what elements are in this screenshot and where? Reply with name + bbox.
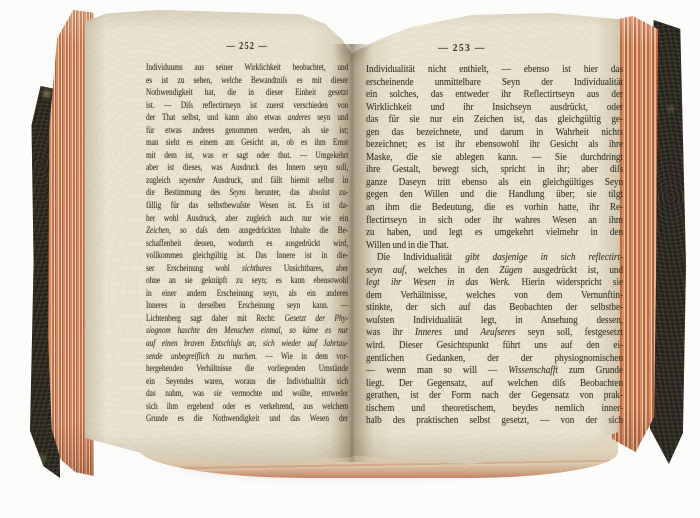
text-line: zugleich seyender Ausdruck, und fällt hi… [146, 175, 348, 188]
left-page-text: — 252 — Individuums aus seiner Wirklichk… [146, 38, 348, 426]
text-line: Wirklichkeit und ihr Insichseyn ausdrück… [366, 102, 623, 115]
text-line: flectirtseyn in sich oder ihr wahres Wes… [366, 215, 623, 228]
text-line: aber ist dieses, was Ausdruck des Innern… [146, 162, 348, 175]
text-line: auf einen braven Entschluſs an, sich wie… [146, 338, 348, 351]
text-line: erscheinende unmittelbare Seyn der Indiv… [366, 77, 623, 90]
text-line: gen das bezeichnete, und darum in Wahrhe… [366, 127, 623, 140]
text-line: fällig für das selbstbewuſste Wesen ist.… [146, 200, 348, 213]
text-line: gerathen, ist der Form nach der Gegensat… [366, 390, 623, 403]
text-line: bezeichnet; es ist ihr ebensowohl ihr Ge… [366, 139, 623, 152]
text-line: schaffenheit dessen, wodurch es ausgedrü… [146, 238, 348, 251]
text-line: Individuums aus seiner Wirklichkeit beob… [146, 62, 348, 75]
text-line: — wenn man so will — Wissenschafft zum G… [366, 365, 623, 378]
text-line: die Bestimmung des Seyns herunter, das a… [146, 187, 348, 200]
text-line: was ihr Inneres und Aeuſseres seyn soll,… [366, 327, 623, 340]
left-page-lines: Individuums aus seiner Wirklichkeit beob… [146, 62, 348, 426]
text-line: Nothwendigkeit hat, die in dieser Einhei… [146, 87, 348, 100]
text-line: gentlichen Gedanken, der der physiognomi… [366, 353, 623, 366]
text-line: sende unbegreiflich zu machen. — Wie in … [146, 351, 348, 364]
text-line: Inneres in derselben Erscheinung seyn ka… [146, 300, 348, 313]
text-line: dem Verhältnisse, welches von dem Vernun… [366, 290, 623, 303]
text-line: Individualität nicht enthielt, — ebenso … [366, 64, 623, 77]
book-photograph: — 252 — Individuums aus seiner Wirklichk… [0, 0, 700, 518]
text-line: hergehenden Verhältnisse die vorliegende… [146, 363, 348, 376]
text-line: Willen und in die That. [366, 240, 623, 253]
text-line: das für sie nur ein Zeichen ist, das gle… [366, 114, 623, 127]
text-line: ihre Gestalt, bewegt sich, spricht in ih… [366, 164, 623, 177]
text-line: zu haben, und legt es umgekehrt vielmehr… [366, 227, 623, 240]
text-line: sich ihm ergebend oder es verkehrend, au… [146, 401, 348, 414]
right-page-header: — 253 — [333, 40, 590, 64]
text-line: das nahm, was sie vermochte und wollte, … [146, 388, 348, 401]
text-line: in einer andern Erscheinung seyn, als ei… [146, 288, 348, 301]
text-line: vollkommen gleichgültig ist. Das Innere … [146, 250, 348, 263]
right-page-text: — 253 — Individualität nicht enthielt, —… [366, 40, 623, 428]
text-line: ein solches, das entweder ihr Reflectirt… [366, 89, 623, 102]
text-line: für etwas anderes genommen werden, als s… [146, 125, 348, 138]
text-line: Die Individualität gibt dasjenige in sic… [366, 252, 623, 265]
text-line: ganze Daseyn tritt ebenso als ein gleich… [366, 177, 623, 190]
text-line: stinkte, der sich auf das Beobachten der… [366, 302, 623, 315]
text-line: der That selbst, und kann also etwas and… [146, 112, 348, 125]
text-line: man sieht es einem am Gesicht an, ob es … [146, 137, 348, 150]
text-line: Zeichen, so daſs dem ausgedrückten Inhal… [146, 225, 348, 238]
text-line: liegt. Der Gegensatz, auf welchen diſs B… [366, 378, 623, 391]
text-line: ein Seyendes waren, woraus die Individua… [146, 376, 348, 389]
text-line: siognom haschte den Menschen einmal, so … [146, 325, 348, 338]
text-line: halb des praktischen selbst gesetzt, — v… [366, 415, 623, 428]
text-line: an ihm die Bedeutung, die es vorhin hatt… [366, 202, 623, 215]
text-line: tischem und theoretischem, beydes nemlic… [366, 403, 623, 416]
text-line: wuſsten Individualität legt, in Ansehung… [366, 315, 623, 328]
text-line: gegen den Willen und die Handlung über; … [366, 189, 623, 202]
text-line: mit dem ist, was er sagt oder thut. — Um… [146, 150, 348, 163]
text-line: Grunde es die Nothwendigkeit und das Wes… [146, 413, 348, 426]
text-line: ser Erscheinung wohl sichtbares Unsichtb… [146, 263, 348, 276]
right-page-lines: Individualität nicht enthielt, — ebenso … [366, 64, 623, 428]
text-line: Lichtenberg sagt daher mit Recht: Gesetz… [146, 313, 348, 326]
text-line: es ist zu sehen, welche Bewandtniſs es m… [146, 75, 348, 88]
text-line: legt ihr Wesen in das Werk. Hierin wider… [366, 277, 623, 290]
text-line: ohne an sie geknüpft zu seyn; es kann eb… [146, 275, 348, 288]
left-page-header: — 252 — [146, 38, 348, 62]
text-line: her wohl Ausdruck, aber zugleich auch nu… [146, 213, 348, 226]
text-line: ist. — Diſs reflectirtseyn ist zuerst ve… [146, 100, 348, 113]
text-line: seyn auf, welches in den Zügen ausgedrüc… [366, 265, 623, 278]
text-line: Maske, die sie ablegen kann. — Sie durch… [366, 152, 623, 165]
text-line: wird. Dieser Gesichtspunkt führt uns auf… [366, 340, 623, 353]
